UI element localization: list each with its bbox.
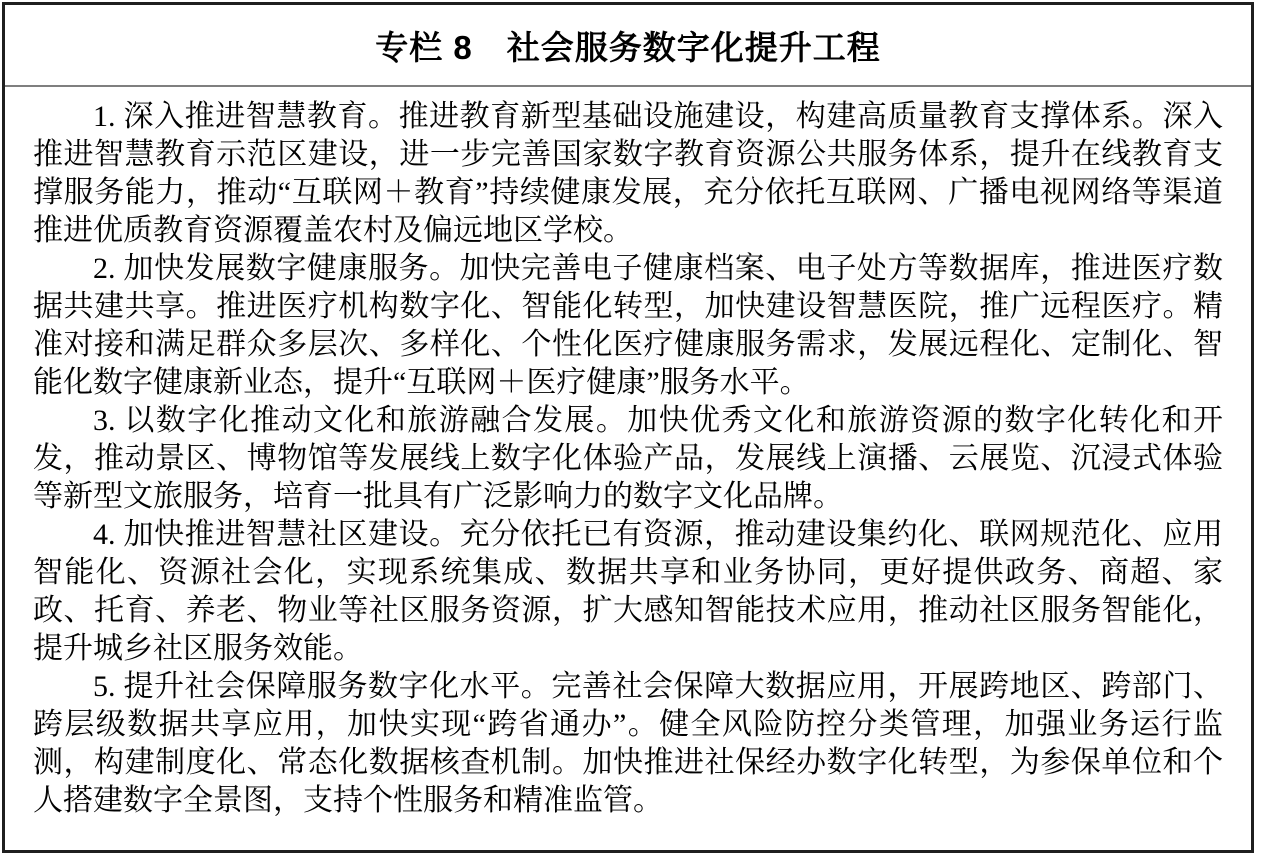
paragraph-2-lead: 2. 加快发展数字健康服务。 <box>93 252 460 285</box>
paragraph-4-lead: 4. 加快推进智慧社区建设。 <box>93 518 460 551</box>
paragraph-3: 3. 以数字化推动文化和旅游融合发展。加快优秀文化和旅游资源的数字化转化和开发，… <box>33 402 1223 516</box>
paragraph-1-lead: 1. 深入推进智慧教育。 <box>93 100 399 133</box>
paragraph-3-lead: 3. 以数字化推动文化和旅游融合发展。 <box>93 404 627 437</box>
paragraph-2: 2. 加快发展数字健康服务。加快完善电子健康档案、电子处方等数据库，推进医疗数据… <box>33 250 1223 402</box>
paragraph-4: 4. 加快推进智慧社区建设。充分依托已有资源，推动建设集约化、联网规范化、应用智… <box>33 516 1223 668</box>
paragraph-5-lead: 5. 提升社会保障服务数字化水平。 <box>93 670 551 703</box>
column-box-header: 专栏 8 社会服务数字化提升工程 <box>5 5 1251 87</box>
column-box: 专栏 8 社会服务数字化提升工程 1. 深入推进智慧教育。推进教育新型基础设施建… <box>2 2 1254 853</box>
paragraph-5: 5. 提升社会保障服务数字化水平。完善社会保障大数据应用，开展跨地区、跨部门、跨… <box>33 668 1223 820</box>
page-title: 专栏 8 社会服务数字化提升工程 <box>375 22 881 69</box>
column-box-body: 1. 深入推进智慧教育。推进教育新型基础设施建设，构建高质量教育支撑体系。深入推… <box>5 87 1251 820</box>
paragraph-1: 1. 深入推进智慧教育。推进教育新型基础设施建设，构建高质量教育支撑体系。深入推… <box>33 98 1223 250</box>
